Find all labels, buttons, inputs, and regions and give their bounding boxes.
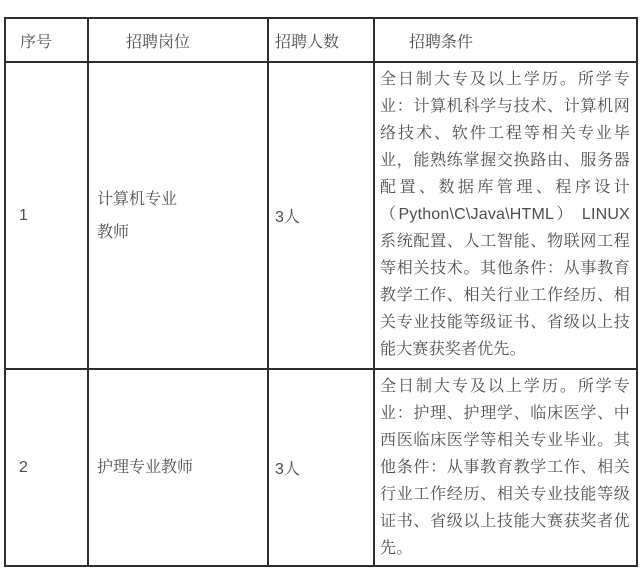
table-header-row: 序号 招聘岗位 招聘人数 招聘条件 <box>5 18 637 62</box>
header-serial-number: 序号 <box>5 18 88 62</box>
cell-serial-number: 1 <box>5 62 88 369</box>
cell-position: 护理专业教师 <box>88 369 268 566</box>
cell-headcount: 3人 <box>268 62 374 369</box>
page: 序号 招聘岗位 招聘人数 招聘条件 1 计算机专业 教师 3人 全日制大专及以上… <box>0 0 644 578</box>
cell-headcount: 3人 <box>268 369 374 566</box>
header-requirements: 招聘条件 <box>374 18 637 62</box>
table-container: 序号 招聘岗位 招聘人数 招聘条件 1 计算机专业 教师 3人 全日制大专及以上… <box>4 17 638 567</box>
table-row: 1 计算机专业 教师 3人 全日制大专及以上学历。所学专业：计算机科学与技术、计… <box>5 62 637 369</box>
recruitment-table: 序号 招聘岗位 招聘人数 招聘条件 1 计算机专业 教师 3人 全日制大专及以上… <box>4 17 638 567</box>
cell-position: 计算机专业 教师 <box>88 62 268 369</box>
table-row: 2 护理专业教师 3人 全日制大专及以上学历。所学专业：护理、护理学、临床医学、… <box>5 369 637 566</box>
header-headcount: 招聘人数 <box>268 18 374 62</box>
cell-serial-number: 2 <box>5 369 88 566</box>
cell-requirements: 全日制大专及以上学历。所学专业：护理、护理学、临床医学、中西医临床医学等相关专业… <box>374 369 637 566</box>
header-position: 招聘岗位 <box>88 18 268 62</box>
cell-requirements: 全日制大专及以上学历。所学专业：计算机科学与技术、计算机网络技术、软件工程等相关… <box>374 62 637 369</box>
